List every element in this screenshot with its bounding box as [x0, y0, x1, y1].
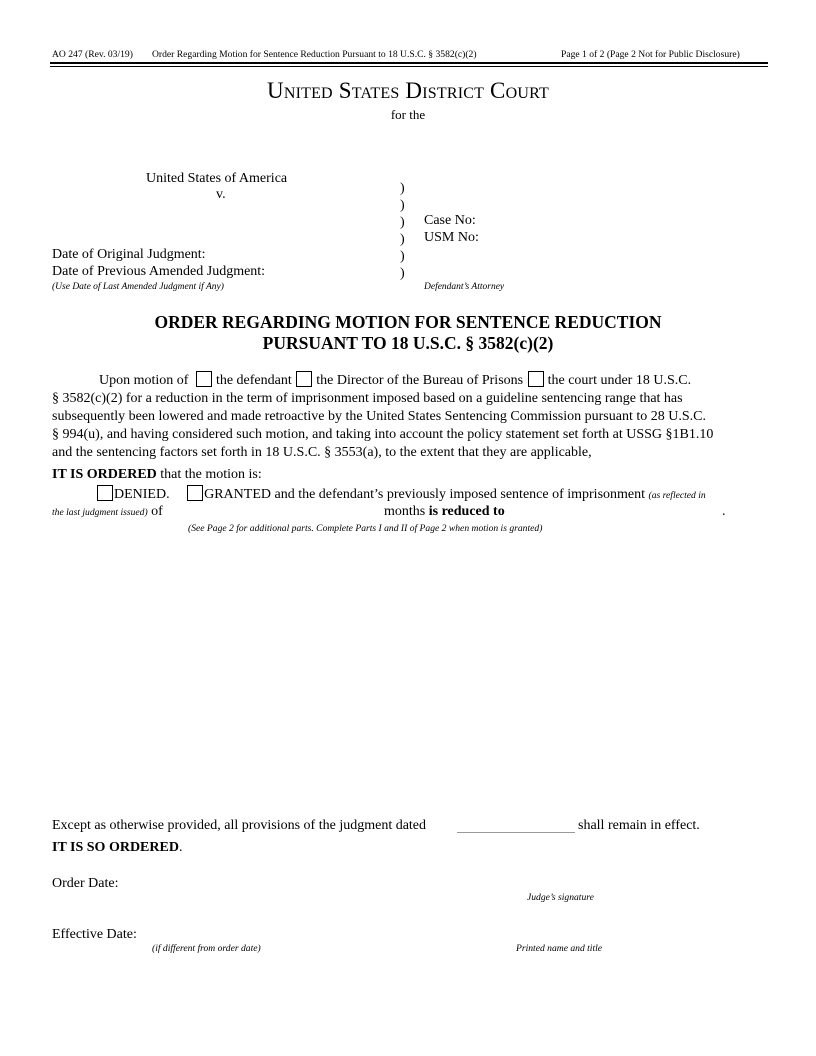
judge-signature-field[interactable]	[430, 876, 710, 892]
usm-no-label: USM No:	[424, 230, 479, 246]
date-original-judgment-label: Date of Original Judgment:	[52, 247, 206, 263]
page-info: Page 1 of 2 (Page 2 Not for Public Discl…	[561, 49, 740, 60]
motion-paragraph: Upon motion of the defendant the Directo…	[52, 371, 764, 462]
motion-line4: § 994(u), and having considered such mot…	[52, 426, 764, 444]
order-title-line2: PURSUANT TO 18 U.S.C. § 3582(c)(2)	[0, 333, 816, 354]
plaintiff-name: United States of America	[146, 171, 287, 187]
order-date-label: Order Date:	[52, 876, 118, 892]
order-title-line1: ORDER REGARDING MOTION FOR SENTENCE REDU…	[0, 312, 816, 333]
caption-paren: )	[400, 266, 405, 282]
caption-paren: )	[400, 198, 405, 214]
director-checkbox[interactable]	[296, 371, 312, 387]
so-ordered-period: .	[179, 840, 183, 855]
motion-intro: Upon motion of	[99, 373, 188, 388]
case-no-label: Case No:	[424, 213, 476, 229]
denied-checkbox[interactable]	[97, 485, 113, 501]
printed-name-field[interactable]	[430, 927, 710, 943]
ordered-bold: IT IS ORDERED	[52, 467, 157, 482]
form-title: Order Regarding Motion for Sentence Redu…	[152, 49, 477, 60]
motion-line2: § 3582(c)(2) for a reduction in the term…	[52, 390, 764, 408]
so-ordered-line: IT IS SO ORDERED.	[52, 840, 182, 856]
except-text: Except as otherwise provided, all provis…	[52, 818, 426, 833]
motion-line5: and the sentencing factors set forth in …	[52, 444, 764, 462]
of-label: of	[151, 504, 163, 519]
defendant-checkbox[interactable]	[196, 371, 212, 387]
reduced-period: .	[722, 504, 726, 520]
caption-paren: )	[400, 232, 405, 248]
date-amended-note: (Use Date of Last Amended Judgment if An…	[52, 282, 224, 292]
printed-name-label: Printed name and title	[516, 943, 602, 954]
motion-line3: subsequently been lowered and made retro…	[52, 408, 764, 426]
granted-note-2: the last judgment issued)	[52, 507, 148, 518]
motion-line1: Upon motion of the defendant the Directo…	[52, 371, 764, 390]
denied-label: DENIED.	[114, 487, 170, 502]
effective-date-label: Effective Date:	[52, 927, 137, 943]
granted-label: GRANTED and the defendant’s previously i…	[204, 487, 645, 502]
order-date-field[interactable]	[150, 876, 370, 892]
months-reduced-line: months is reduced to	[384, 504, 505, 520]
judgment-date-field[interactable]	[457, 819, 575, 833]
except-line: Except as otherwise provided, all provis…	[52, 818, 426, 834]
remain-text: shall remain in effect.	[578, 818, 700, 834]
granted-checkbox[interactable]	[187, 485, 203, 501]
ordered-line: IT IS ORDERED that the motion is:	[52, 467, 262, 483]
court-title: United States District Court	[0, 78, 816, 104]
caption-paren: )	[400, 249, 405, 265]
caption-paren: )	[400, 181, 405, 197]
court-checkbox[interactable]	[528, 371, 544, 387]
option-defendant: the defendant	[216, 373, 292, 388]
reduced-label: is reduced to	[429, 504, 505, 519]
versus: v.	[216, 187, 226, 203]
option-director: the Director of the Bureau of Prisons	[316, 373, 523, 388]
option-court: the court under 18 U.S.C.	[548, 373, 691, 388]
original-months-field[interactable]	[190, 504, 380, 520]
reduced-to-field[interactable]	[515, 504, 720, 520]
ruling-options: DENIED. GRANTED and the defendant’s prev…	[97, 485, 706, 503]
order-title: ORDER REGARDING MOTION FOR SENTENCE REDU…	[0, 312, 816, 354]
see-page-2-note: (See Page 2 for additional parts. Comple…	[188, 523, 542, 534]
header-rule	[50, 62, 768, 64]
effective-date-note: (if different from order date)	[152, 943, 261, 954]
so-ordered-bold: IT IS SO ORDERED	[52, 840, 179, 855]
defendant-attorney-label: Defendant’s Attorney	[424, 282, 504, 292]
judge-signature-label: Judge’s signature	[527, 892, 594, 903]
caption-paren: )	[400, 215, 405, 231]
ruling-line2: the last judgment issued) of	[52, 504, 163, 520]
form-id: AO 247 (Rev. 03/19)	[52, 49, 133, 60]
granted-note: (as reflected in	[649, 490, 706, 501]
ordered-rest: that the motion is:	[160, 467, 262, 482]
date-amended-judgment-label: Date of Previous Amended Judgment:	[52, 264, 265, 280]
months-label: months	[384, 504, 425, 519]
court-for-the: for the	[0, 107, 816, 123]
effective-date-field[interactable]	[150, 927, 370, 943]
header-rule-thin	[50, 66, 768, 67]
